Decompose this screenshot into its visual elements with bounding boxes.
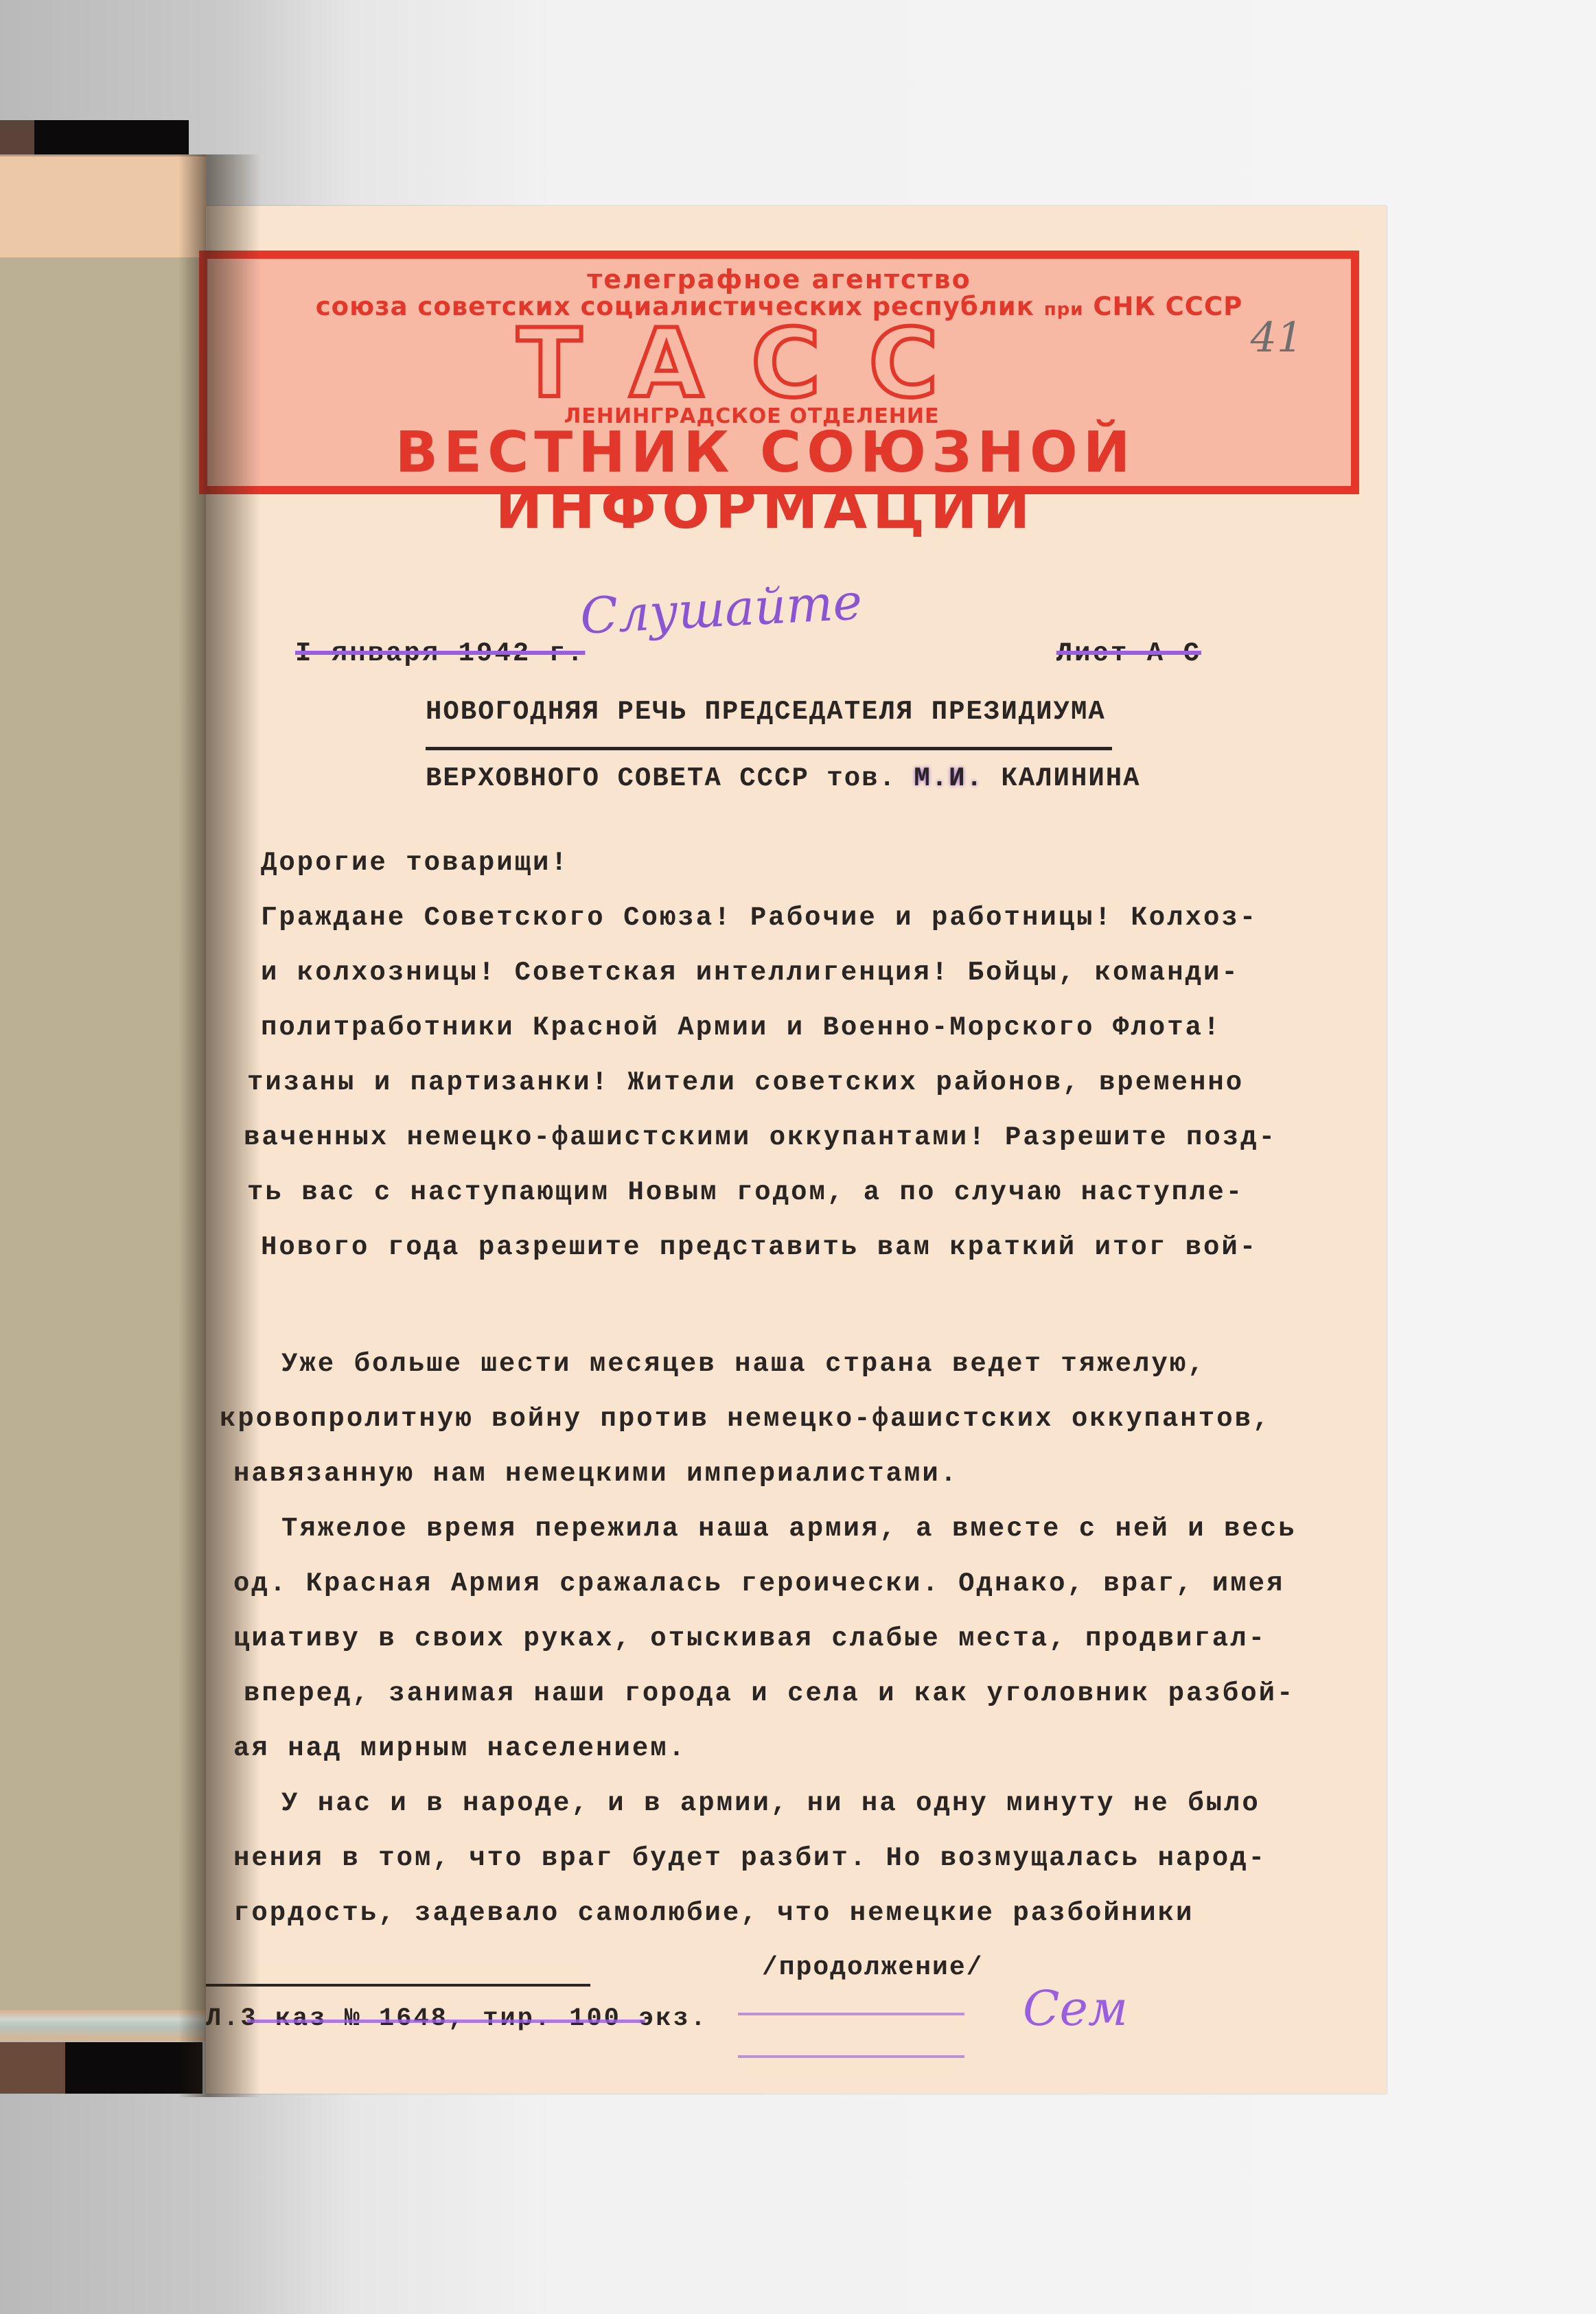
body-line: и колхозницы! Советская интеллигенция! Б… — [261, 958, 1240, 988]
body-line: ть вас с наступающим Новым годом, а по с… — [247, 1177, 1244, 1207]
body-line: Нового года разрешите представить вам кр… — [261, 1232, 1258, 1262]
body-line: ваченных немецко-фашистскими оккупантами… — [244, 1122, 1277, 1153]
body-line: тизаны и партизанки! Жители советских ра… — [247, 1067, 1244, 1098]
title-prefix: ВЕРХОВНОГО СОВЕТА СССР тов. — [426, 763, 897, 794]
book-cover — [0, 257, 206, 2011]
book-spine-top — [0, 154, 206, 259]
sheet-number: Лист А-С — [1056, 638, 1201, 669]
book-spine-bottom — [0, 2010, 206, 2041]
body-line: навязанную нам немецкими империалистами. — [233, 1459, 958, 1489]
body-line: кровопролитную войну против немецко-фаши… — [220, 1404, 1271, 1434]
print-info: Л.3 каз № 1648, тир. 100 экз. — [206, 2004, 708, 2033]
body-line: нения в том, что враг будет разбит. Но в… — [233, 1843, 1267, 1873]
footer-rule — [206, 1984, 590, 1987]
binding-shadow — [178, 154, 261, 2097]
body-line: ая над мирным населением. — [233, 1733, 686, 1763]
greeting: Дорогие товарищи! — [261, 848, 569, 878]
book-edge-top-brown — [0, 120, 34, 154]
tass-letterhead: телеграфное агентство союза советских со… — [199, 251, 1359, 494]
handwritten-signature: Сем — [1023, 1980, 1128, 2037]
speech-title-line1: НОВОГОДНЯЯ РЕЧЬ ПРЕДСЕДАТЕЛЯ ПРЕЗИДИУМА — [426, 697, 1106, 727]
body-line: циативу в своих руках, отыскивая слабые … — [233, 1623, 1267, 1654]
print-info-strike — [247, 2020, 645, 2023]
body-line-text: ть вас с наступающим Новым годом, а по с… — [247, 1177, 1244, 1207]
book-edge-bottom-brown — [0, 2042, 65, 2094]
pencil-page-number: 41 — [1251, 314, 1303, 362]
letterhead-bulletin-title: ВЕСТНИК СОЮЗНОЙ ИНФОРМАЦИИ — [207, 425, 1323, 537]
document-page: телеграфное агентство союза советских со… — [206, 206, 1387, 2094]
letterhead-agency: телеграфное агентство — [207, 264, 1351, 294]
title-name: КАЛИНИНА — [1001, 763, 1140, 794]
handwritten-annotation: Слушайте — [579, 572, 864, 645]
body-line: Уже больше шести месяцев наша страна вед… — [281, 1349, 1206, 1379]
title-underline — [426, 747, 1112, 750]
body-line: Тяжелое время пережила наша армия, а вме… — [281, 1514, 1297, 1544]
body-line: вперед, занимая наши города и села и как… — [244, 1678, 1295, 1709]
tass-logo: ТАСС — [207, 316, 1296, 411]
body-line: У нас и в народе, и в армии, ни на одну … — [281, 1788, 1260, 1818]
document-date: I января 1942 г. — [295, 638, 585, 669]
continuation-note: /продолжение/ — [762, 1953, 983, 1982]
body-line: од. Красная Армия сражалась героически. … — [233, 1569, 1284, 1599]
book-edge-top-black — [34, 120, 189, 154]
speech-title-line2: ВЕРХОВНОГО СОВЕТА СССР тов. М.И. КАЛИНИН… — [426, 763, 1141, 794]
body-line: гордость, задевало самолюбие, что немецк… — [233, 1898, 1194, 1928]
title-initials: М.И. — [914, 763, 984, 794]
body-line: Граждане Советского Союза! Рабочие и раб… — [261, 903, 1258, 933]
body-line: политработники Красной Армии и Военно-Мо… — [261, 1013, 1221, 1043]
continuation-ink-mark — [738, 2013, 964, 2058]
